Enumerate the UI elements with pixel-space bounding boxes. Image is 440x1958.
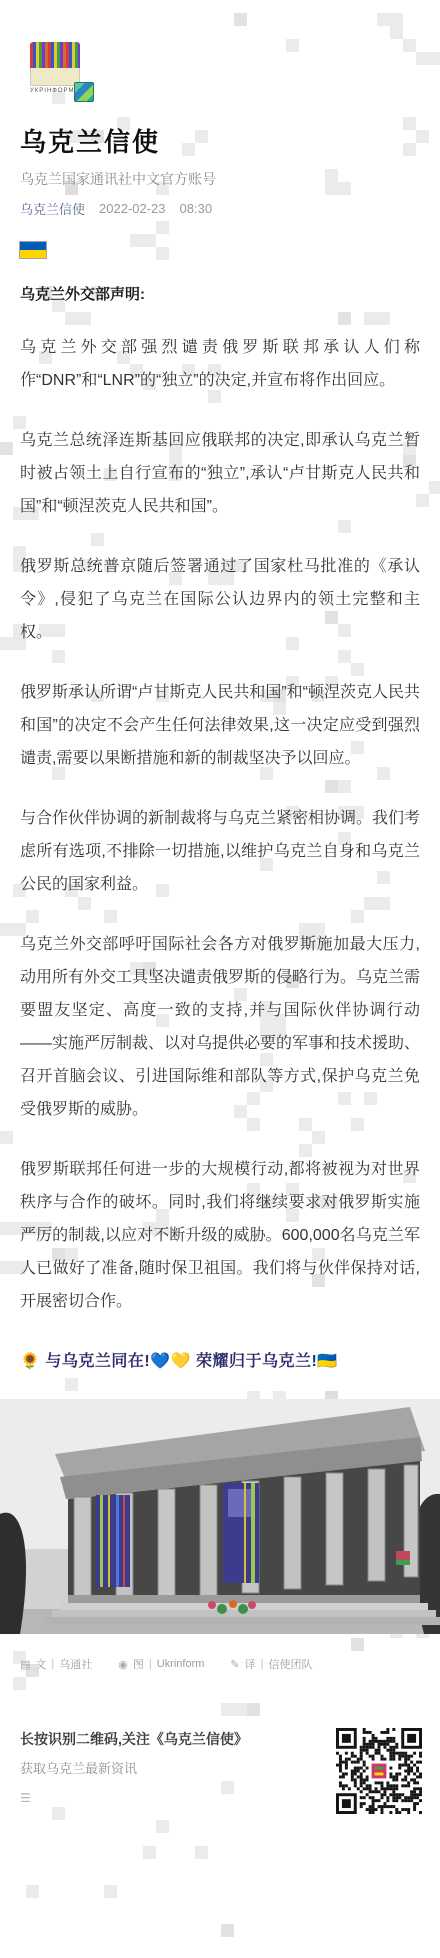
logo-stripes-icon (30, 42, 80, 68)
credit-value: 乌通社 (59, 1656, 92, 1672)
account-subtitle: 乌克兰国家通讯社中文官方账号 (20, 169, 420, 189)
credits-row: ▤ 文 | 乌通社 ◉ 图 | Ukrinform ✎ 译 | 信使团队 (0, 1634, 440, 1672)
credit-label: 译 (245, 1656, 256, 1672)
footer: 长按识别二维码,关注《乌克兰信使》 获取乌克兰最新资讯 ☰ (0, 1672, 440, 1814)
follow-qr-code[interactable] (336, 1728, 422, 1814)
publish-date: 2022-02-23 (99, 201, 166, 216)
camera-icon: ◉ (118, 1658, 128, 1671)
account-name-link[interactable]: 乌克兰信使 (20, 199, 85, 218)
credit-item: ◉ 图 | Ukrinform (118, 1656, 204, 1672)
doc-icon: ▤ (20, 1658, 30, 1671)
divider: | (51, 1658, 54, 1670)
menu-bars-icon: ☰ (20, 1791, 248, 1805)
credit-value: 信使团队 (268, 1656, 312, 1672)
article-header: УКРІНФОРМ 乌克兰信使 乌克兰国家通讯社中文官方账号 乌克兰信使 202… (0, 0, 440, 218)
divider: | (149, 1658, 152, 1670)
page-title: 乌克兰信使 (20, 122, 420, 159)
footer-follow-text: 长按识别二维码,关注《乌克兰信使》 (20, 1728, 248, 1750)
divider: | (261, 1658, 264, 1670)
credit-item: ▤ 文 | 乌通社 (20, 1656, 92, 1672)
article-body: 乌克兰外交部声明: 乌克兰外交部强烈谴责俄罗斯联邦承认人们称作“DNR”和“LN… (0, 218, 440, 1371)
article-paragraph: 与合作伙伴协调的新制裁将与乌克兰紧密相协调。我们考虑所有选项,不排除一切措施,以… (20, 802, 420, 901)
article-paragraph: 乌克兰外交部呼吁国际社会各方对俄罗斯施加最大压力,动用所有外交工具坚决谴责俄罗斯… (20, 928, 420, 1126)
article-paragraph: 乌克兰总统泽连斯基回应俄联邦的决定,即承认乌克兰暂时被占领土上自行宣布的“独立”… (20, 424, 420, 523)
article-paragraph: 俄罗斯联邦任何进一步的大规模行动,都将被视为对世界秩序与合作的破坏。同时,我们将… (20, 1153, 420, 1318)
pen-icon: ✎ (230, 1658, 239, 1671)
mfa-building-photo (0, 1399, 440, 1634)
credit-item: ✎ 译 | 信使团队 (230, 1656, 312, 1672)
article-paragraph: 乌克兰外交部强烈谴责俄罗斯联邦承认人们称作“DNR”和“LNR”的“独立”的决定… (20, 331, 420, 397)
credit-label: 文 (35, 1656, 46, 1672)
ukraine-flag-icon (20, 242, 46, 258)
meta-row: 乌克兰信使 2022-02-23 08:30 (20, 199, 420, 218)
publish-time: 08:30 (180, 201, 213, 216)
section-heading: 乌克兰外交部声明: (20, 283, 420, 304)
logo-caption: УКРІНФОРМ (30, 88, 110, 94)
article-paragraph: 俄罗斯总统普京随后签署通过了国家杜马批准的《承认令》,侵犯了乌克兰在国际公认边界… (20, 550, 420, 649)
account-avatar[interactable]: УКРІНФОРМ (30, 42, 110, 108)
ukrinform-logo-icon (30, 42, 80, 86)
credit-value: Ukrinform (157, 1658, 205, 1670)
footer-sub-text: 获取乌克兰最新资讯 (20, 1758, 248, 1777)
signature-line: 🌻 与乌克兰同在!💙💛 荣耀归于乌克兰!🇺🇦 (20, 1348, 420, 1371)
logo-chip-icon (74, 82, 94, 102)
credit-label: 图 (133, 1656, 144, 1672)
article-paragraph: 俄罗斯承认所谓“卢甘斯克人民共和国”和“顿涅茨克人民共和国”的决定不会产生任何法… (20, 676, 420, 775)
